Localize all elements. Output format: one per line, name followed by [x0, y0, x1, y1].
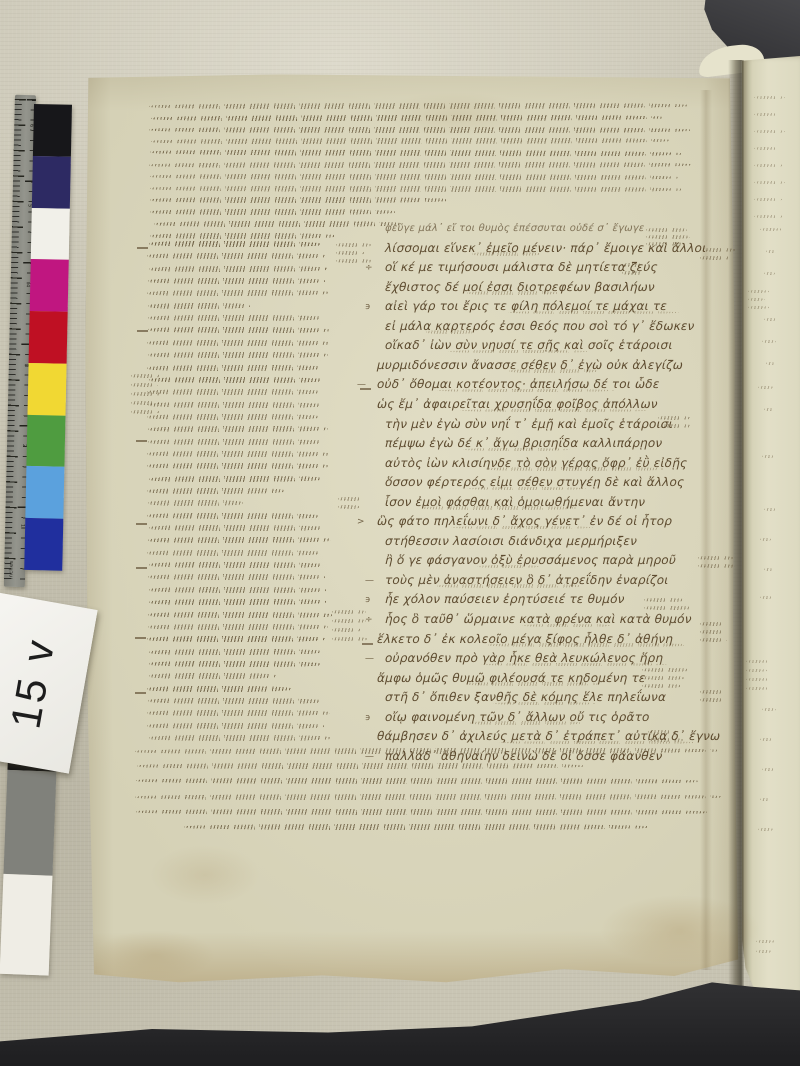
- calibration-swatch: [29, 311, 68, 364]
- calibration-swatch: [26, 415, 65, 468]
- ruler-number: 2: [21, 444, 26, 447]
- manuscript-photo: 654321 Inches 15 v φεῦγε μάλ᾽ εἴ τοι θυμ…: [0, 0, 800, 1066]
- ruler-number: 4: [25, 284, 30, 287]
- folio-label: 15 v: [0, 592, 98, 773]
- calibration-swatch: [24, 518, 63, 571]
- calibration-swatch: [31, 208, 70, 261]
- calibration-swatch: [32, 156, 71, 209]
- ruler-number: 1: [19, 524, 24, 527]
- calibration-swatch: [25, 466, 64, 519]
- facing-page: [742, 56, 800, 996]
- calibration-swatch: [30, 259, 69, 312]
- calibration-swatch: [27, 363, 66, 416]
- grayscale-segment: [3, 770, 56, 876]
- parchment-page: [84, 73, 739, 987]
- calibration-swatch: [33, 104, 72, 157]
- ruler-number: 3: [23, 364, 28, 367]
- grayscale-segment: [0, 874, 52, 976]
- ruler-number: 6: [28, 124, 33, 127]
- ruler-unit-label: Inches: [8, 560, 14, 579]
- ruler-number: 5: [26, 204, 31, 207]
- dark-fabric-bottom: [0, 978, 800, 1066]
